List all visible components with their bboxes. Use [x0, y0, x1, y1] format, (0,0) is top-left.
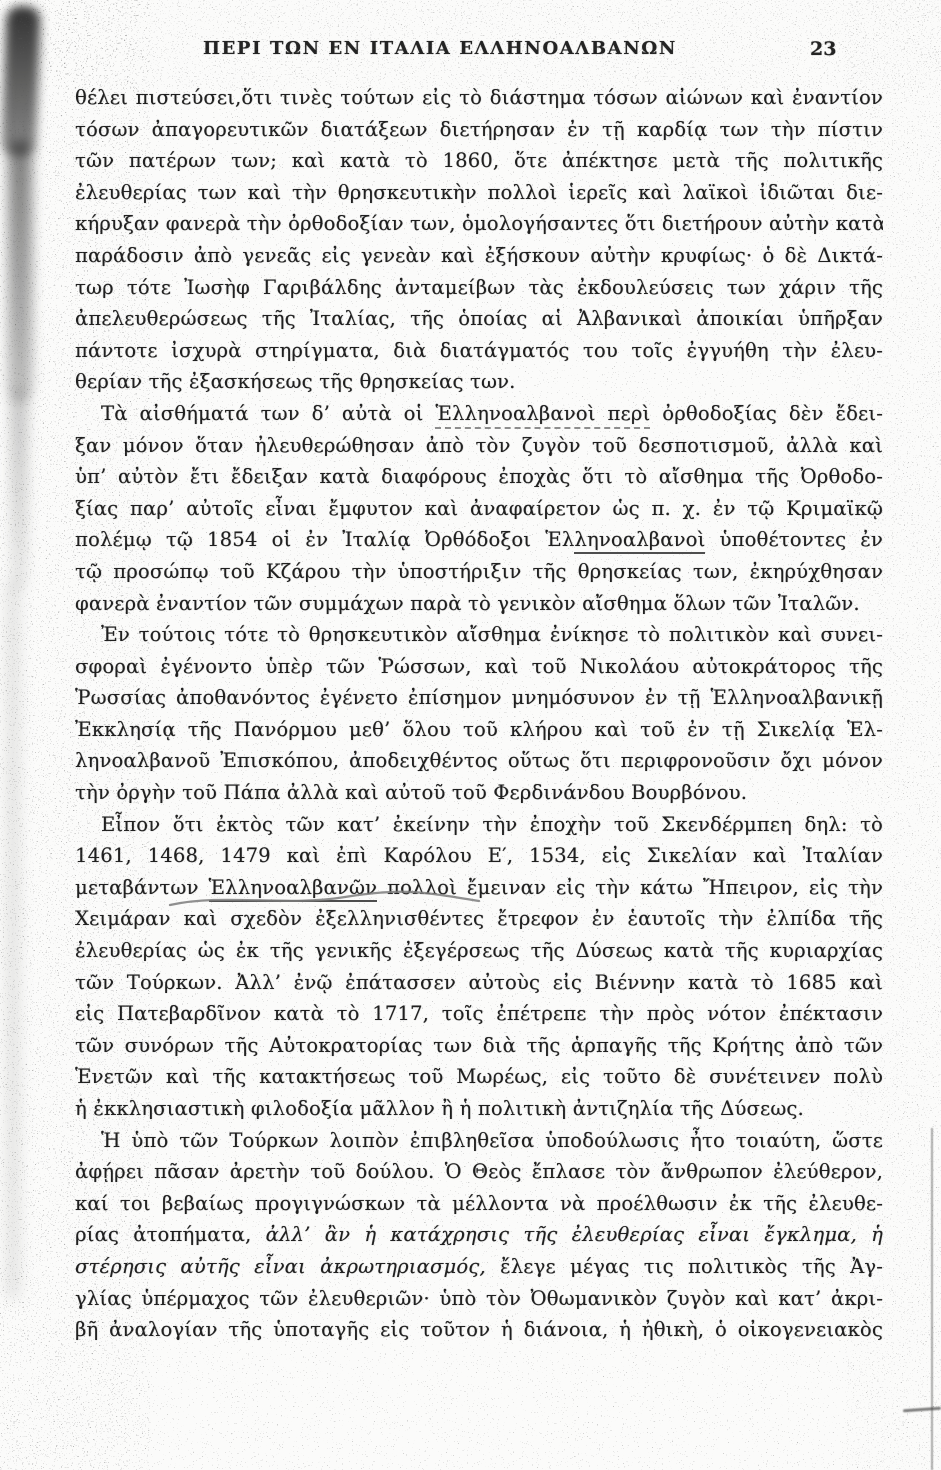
text-line: ξαν μόνον ὅταν ἠλευθερώθησαν ἀπὸ τὸν ζυγ…: [75, 430, 883, 462]
text-line: τῷ προσώπῳ τοῦ Κζάρου τὴν ὑποστήριξιν τῆ…: [75, 556, 883, 588]
scan-smudge-left-mid: [8, 140, 32, 400]
text-line: ἡ ἐκκλησιαστικὴ φιλοδοξία μᾶλλον ἢ ἡ πολ…: [75, 1093, 883, 1125]
text-line: τῶν συνόρων τῆς Αὐτοκρατορίας των διὰ τῆ…: [75, 1030, 883, 1062]
text-line: παράδοσιν ἀπὸ γενεᾶς εἰς γενεὰν καὶ ἐξήσ…: [75, 240, 883, 272]
paragraph: θέλει πιστεύσει,ὅτι τινὲς τούτων εἰς τὸ …: [75, 82, 883, 398]
text-line: θέλει πιστεύσει,ὅτι τινὲς τούτων εἰς τὸ …: [75, 82, 883, 114]
text-line: Τὰ αἰσθήματά των δ’ αὐτὰ οἱ Ἑλληνοαλβανο…: [75, 398, 883, 430]
text-line: ξίας παρ’ αὐτοῖς εἶναι ἔμφυτον καὶ ἀναφα…: [75, 493, 883, 525]
text-line: πολέμῳ τῷ 1854 οἱ ἐν Ἰταλίᾳ Ὀρθόδοξοι Ἑλ…: [75, 524, 883, 556]
text-line: ἀφῄρει πᾶσαν ἀρετὴν τοῦ δούλου. Ὁ Θεὸς ἔ…: [75, 1156, 883, 1188]
text-line: ἀπελευθερώσεως τῆς Ἰταλίας, τῆς ὁποίας α…: [75, 303, 883, 335]
text-line: φανερὰ ἐναντίον τῶν συμμάχων παρὰ τὸ γεν…: [75, 588, 883, 620]
text-line: ὑπ’ αὐτὸν ἔτι ἔδειξαν κατὰ διαφόρους ἐπο…: [75, 461, 883, 493]
scan-smudge-left-lower: [10, 390, 28, 590]
text-line: τῶν Τούρκων. Ἀλλ’ ἐνῷ ἐπάτασσεν αὐτοὺς ε…: [75, 967, 883, 999]
running-header-title: ΠΕΡΙ ΤΩΝ ΕΝ ΙΤΑΛΙΑ ΕΛΛΗΝΟΑΛΒΑΝΩΝ: [90, 38, 790, 59]
text-line: Ῥωσσίας ἀποθανόντος ἐγένετο ἐπίσημον μνη…: [75, 682, 883, 714]
text-line: ρίας ἀτοπήματα, ἀλλ’ ἂν ἡ κατάχρησις τῆς…: [75, 1219, 883, 1251]
text-line: τωρ τότε Ἰωσὴφ Γαριβάλδης ἀνταμείβων τὰς…: [75, 272, 883, 304]
text-line: πάντοτε ἰσχυρὰ στηρίγματα, διὰ διατάγματ…: [75, 335, 883, 367]
paragraph: Εἶπον ὅτι ἐκτὸς τῶν κατ’ ἐκείνην τὴν ἐπο…: [75, 809, 883, 1125]
text-line: 1461, 1468, 1479 καὶ ἐπὶ Καρόλου Ε′, 153…: [75, 840, 883, 872]
text-line: Ἑνετῶν καὶ τῆς κατακτήσεως τοῦ Μωρέως, ε…: [75, 1061, 883, 1093]
text-line: θερίαν τῆς ἐξασκήσεως τῆς θρησκείας των.: [75, 366, 883, 398]
scan-mark-bottom-right: [903, 1407, 941, 1413]
text-line: βῆ ἀναλογίαν τῆς ὑποταγῆς εἰς τοῦτον ἡ δ…: [75, 1314, 883, 1346]
text-line: σφοραὶ ἐγένοντο ὑπὲρ τῶν Ῥώσσων, καὶ τοῦ…: [75, 651, 883, 683]
text-line: ληνοαλβανοῦ Ἐπισκόπου, ἀποδειχθέντος οὕτ…: [75, 745, 883, 777]
paragraph: Τὰ αἰσθήματά των δ’ αὐτὰ οἱ Ἑλληνοαλβανο…: [75, 398, 883, 619]
text-line: τῶν πατέρων των; καὶ κατὰ τὸ 1860, ὅτε ἀ…: [75, 145, 883, 177]
text-line: κήρυξαν φανερὰ τὴν ὀρθοδοξίαν των, ὁμολο…: [75, 208, 883, 240]
text-line: Εἶπον ὅτι ἐκτὸς τῶν κατ’ ἐκείνην τὴν ἐπο…: [75, 809, 883, 841]
scan-smudge-left-faint: [6, 580, 20, 1300]
text-line: Χειμάραν καὶ σχεδὸν ἐξελληνισθέντες ἔτρε…: [75, 903, 883, 935]
text-line: ἐλευθερίας ὡς ἐκ τῆς γενικῆς ἐξεγέρσεως …: [75, 935, 883, 967]
text-line: εἰς Πατεβαρδῖνον κατὰ τὸ 1717, τοῖς ἐπέτ…: [75, 998, 883, 1030]
running-header: ΠΕΡΙ ΤΩΝ ΕΝ ΙΤΑΛΙΑ ΕΛΛΗΝΟΑΛΒΑΝΩΝ 23: [0, 38, 941, 64]
page-text: θέλει πιστεύσει,ὅτι τινὲς τούτων εἰς τὸ …: [75, 82, 883, 1346]
text-line: Ἡ ὑπὸ τῶν Τούρκων λοιπὸν ἐπιβληθεῖσα ὑπο…: [75, 1125, 883, 1157]
scanned-page: ΠΕΡΙ ΤΩΝ ΕΝ ΙΤΑΛΙΑ ΕΛΛΗΝΟΑΛΒΑΝΩΝ 23 θέλε…: [0, 0, 941, 1470]
paragraph: Ἐν τούτοις τότε τὸ θρησκευτικὸν αἴσθημα …: [75, 619, 883, 809]
text-line: στέρησις αὐτῆς εἶναι ἀκρωτηριασμός, ἔλεγ…: [75, 1251, 883, 1283]
text-line: Ἐν τούτοις τότε τὸ θρησκευτικὸν αἴσθημα …: [75, 619, 883, 651]
page-number: 23: [810, 38, 854, 60]
text-line: ἐλευθερίας των καὶ τὴν θρησκευτικὴν πολλ…: [75, 177, 883, 209]
paragraph: Ἡ ὑπὸ τῶν Τούρκων λοιπὸν ἐπιβληθεῖσα ὑπο…: [75, 1125, 883, 1346]
text-line: μεταβάντων Ἑλληνοαλβανῶν πολλοὶ ἔμειναν …: [75, 872, 883, 904]
text-line: Ἐκκλησίᾳ τῆς Πανόρμου μεθ’ ὅλου τοῦ κλήρ…: [75, 714, 883, 746]
scan-smudge-left-top: [1, 5, 40, 156]
text-line: τόσων ἀπαγορευτικῶν διατάξεων διετήρησαν…: [75, 114, 883, 146]
text-line: καί τοι βεβαίως προγιγνώσκων τὰ μέλλοντα…: [75, 1188, 883, 1220]
text-line: γλίας ὑπέρμαχος τῶν ἐλευθεριῶν· ὑπὸ τὸν …: [75, 1283, 883, 1315]
text-line: τὴν ὀργὴν τοῦ Πάπα ἀλλὰ καὶ αὐτοῦ τοῦ Φε…: [75, 777, 883, 809]
scan-edge-line-right: [931, 1128, 933, 1470]
